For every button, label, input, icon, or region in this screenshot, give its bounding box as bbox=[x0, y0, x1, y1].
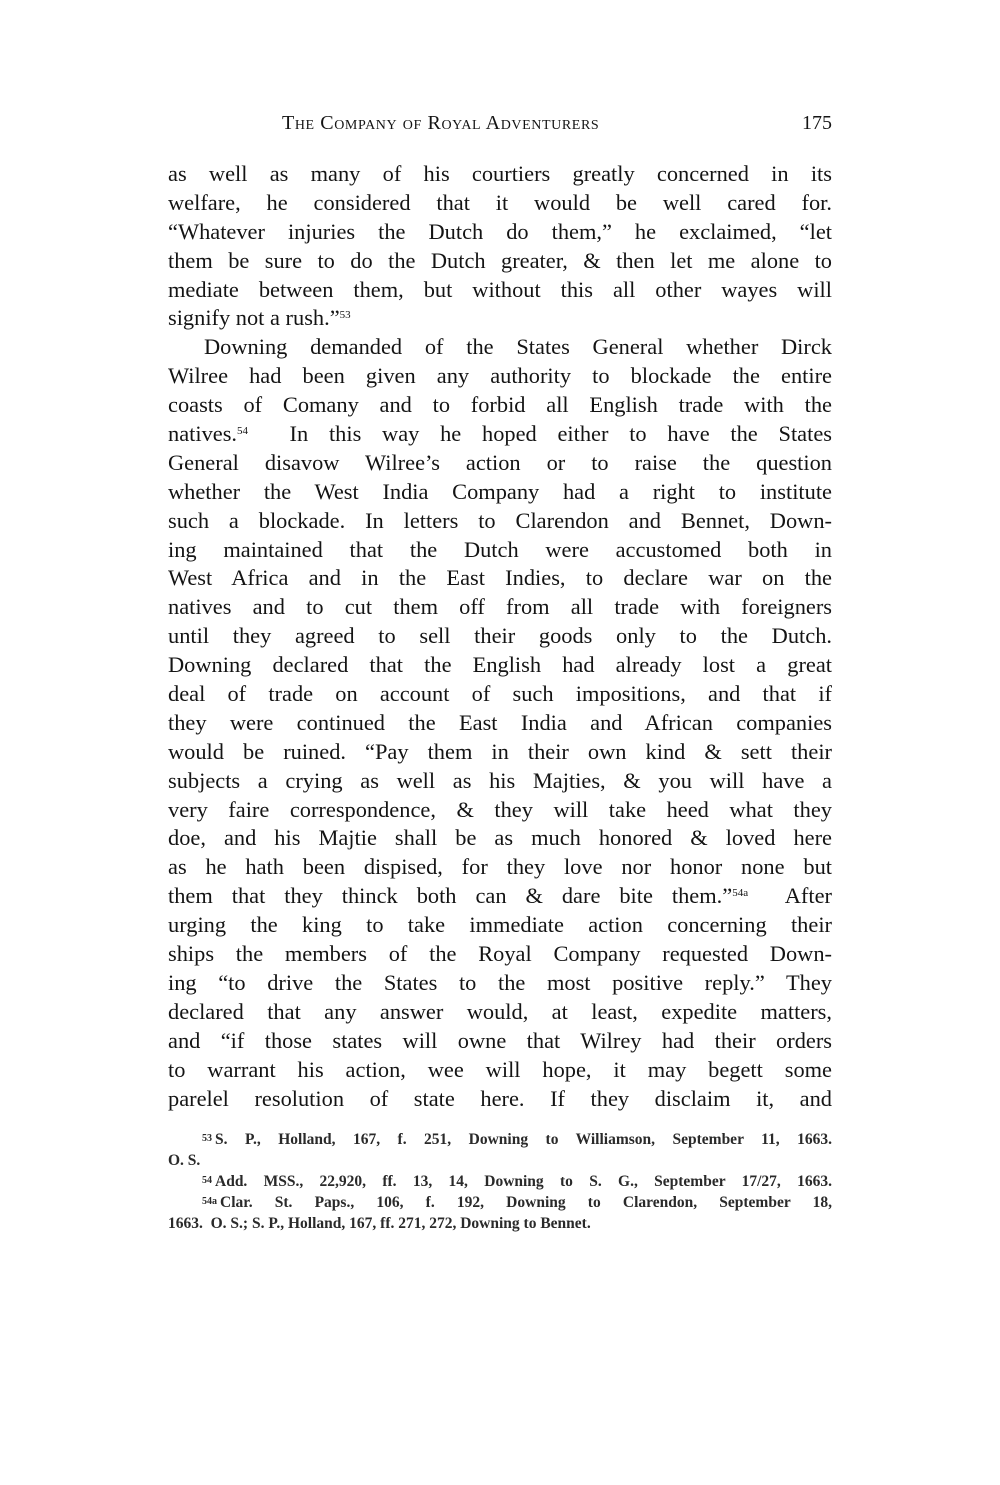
text-line: them be sure to do the Dutch greater, & … bbox=[168, 247, 832, 276]
text-line: would be ruined. “Pay them in their own … bbox=[168, 738, 832, 767]
running-title: The Company of Royal Adventurers bbox=[282, 112, 599, 135]
text-line: ing “to drive the States to the most pos… bbox=[168, 969, 832, 998]
footnote-ref-54a: 54a bbox=[732, 887, 748, 899]
footnotes: 53S. P., Holland, 167, f. 251, Downing t… bbox=[168, 1130, 832, 1235]
text-line: and “if those states will owne that Wilr… bbox=[168, 1027, 832, 1056]
text-line: mediate between them, but without this a… bbox=[168, 276, 832, 305]
footnote-54a: 54aClar. St. Paps., 106, f. 192, Downing… bbox=[168, 1193, 832, 1235]
paragraph-start-line: Downing demanded of the States General w… bbox=[168, 333, 832, 362]
text-line: very faire correspondence, & they will t… bbox=[168, 796, 832, 825]
text-line: as well as many of his courtiers greatly… bbox=[168, 160, 832, 189]
page-number: 175 bbox=[802, 112, 832, 135]
text-line: such a blockade. In letters to Clarendon… bbox=[168, 507, 832, 536]
text-line: natives.54 In this way he hoped either t… bbox=[168, 420, 832, 449]
running-head: The Company of Royal Adventurers 175 bbox=[168, 112, 832, 142]
text-line: them that they thinck both can & dare bi… bbox=[168, 882, 832, 911]
text-line: declared that any answer would, at least… bbox=[168, 998, 832, 1027]
text-line: urging the king to take immediate action… bbox=[168, 911, 832, 940]
text-line: deal of trade on account of such imposit… bbox=[168, 680, 832, 709]
footnote-54: 54Add. MSS., 22,920, ff. 13, 14, Downing… bbox=[168, 1172, 832, 1193]
footnote-ref-54: 54 bbox=[237, 425, 248, 437]
text-line: doe, and his Majtie shall be as much hon… bbox=[168, 824, 832, 853]
text-line: West Africa and in the East Indies, to d… bbox=[168, 564, 832, 593]
text-line: whether the West India Company had a rig… bbox=[168, 478, 832, 507]
footnote-53: 53S. P., Holland, 167, f. 251, Downing t… bbox=[168, 1130, 832, 1172]
text-line: they were continued the East India and A… bbox=[168, 709, 832, 738]
text-line: Downing declared that the English had al… bbox=[168, 651, 832, 680]
text-line: signify not a rush.”53 bbox=[168, 304, 832, 333]
footnote-line: 1663. O. S.; S. P., Holland, 167, ff. 27… bbox=[168, 1214, 832, 1235]
text-line: as he hath been dispised, for they love … bbox=[168, 853, 832, 882]
footnote-line: O. S. bbox=[168, 1151, 832, 1172]
text-line: ships the members of the Royal Company r… bbox=[168, 940, 832, 969]
text-line: coasts of Comany and to forbid all Engli… bbox=[168, 391, 832, 420]
text-line: welfare, he considered that it would be … bbox=[168, 189, 832, 218]
text-line: subjects a crying as well as his Majties… bbox=[168, 767, 832, 796]
footnote-line: 53S. P., Holland, 167, f. 251, Downing t… bbox=[168, 1130, 832, 1151]
footnote-marker: 54a bbox=[202, 1196, 217, 1207]
text-line: ing maintained that the Dutch were accus… bbox=[168, 536, 832, 565]
text-line: General disavow Wilree’s action or to ra… bbox=[168, 449, 832, 478]
text-line: Wilree had been given any authority to b… bbox=[168, 362, 832, 391]
text-line: parelel resolution of state here. If the… bbox=[168, 1085, 832, 1114]
text-line: natives and to cut them off from all tra… bbox=[168, 593, 832, 622]
text-line: to warrant his action, wee will hope, it… bbox=[168, 1056, 832, 1085]
footnote-marker: 53 bbox=[202, 1133, 212, 1144]
footnote-line: 54Add. MSS., 22,920, ff. 13, 14, Downing… bbox=[168, 1172, 832, 1193]
footnote-line: 54aClar. St. Paps., 106, f. 192, Downing… bbox=[168, 1193, 832, 1214]
text-line: “Whatever injuries the Dutch do them,” h… bbox=[168, 218, 832, 247]
footnote-marker: 54 bbox=[202, 1175, 212, 1186]
footnote-ref-53: 53 bbox=[340, 309, 351, 321]
text-line: until they agreed to sell their goods on… bbox=[168, 622, 832, 651]
body-text: as well as many of his courtiers greatly… bbox=[168, 160, 832, 1113]
